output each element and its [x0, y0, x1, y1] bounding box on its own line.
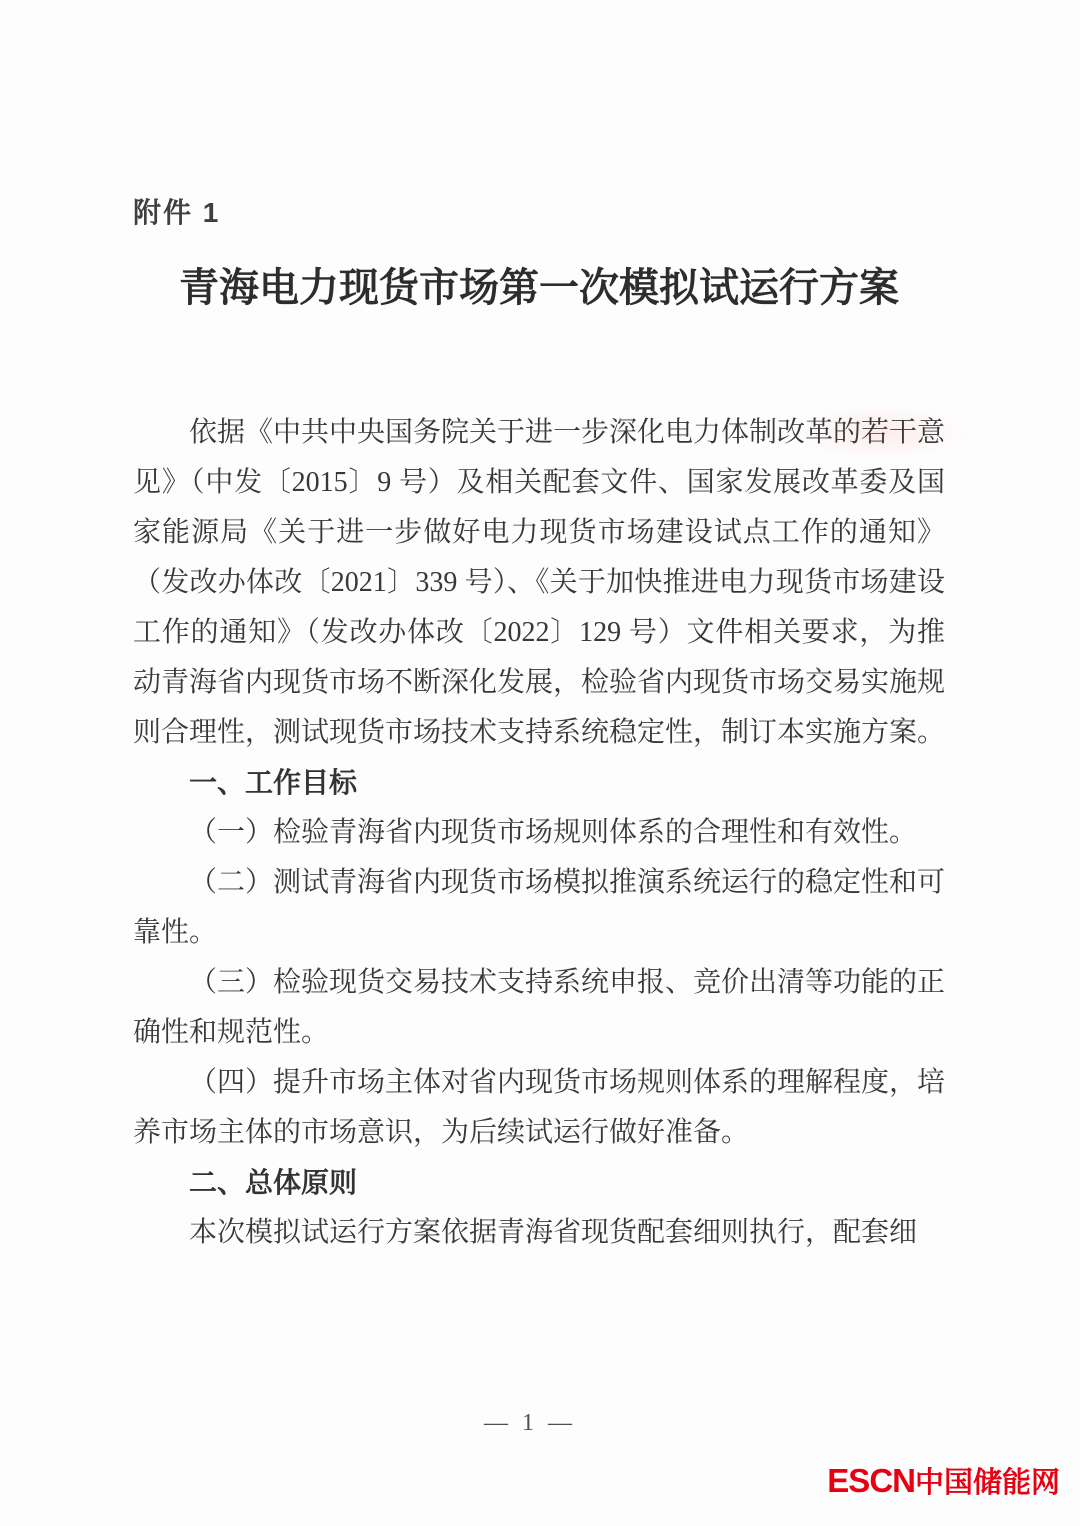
paragraph-principles: 本次模拟试运行方案依据青海省现货配套细则执行，配套细 [133, 1208, 945, 1258]
paragraph-goal-3: （三）检验现货交易技术支持系统申报、竞价出清等功能的正确性和规范性。 [133, 958, 945, 1058]
document-content: 附件 1 青海电力现货市场第一次模拟试运行方案 依据《中共中央国务院关于进一步深… [133, 196, 945, 1258]
attachment-label: 附件 1 [133, 196, 945, 230]
page-number: — 1 — [0, 1408, 1060, 1438]
paragraph-goal-2: （二）测试青海省内现货市场模拟推演系统运行的稳定性和可靠性。 [133, 858, 945, 958]
escn-logo-text-zh: 中国储能网 [915, 1467, 1060, 1499]
document-body: 依据《中共中央国务院关于进一步深化电力体制改革的若干意见》（中发〔2015〕9 … [133, 408, 945, 1258]
section-heading-1: 一、工作目标 [133, 758, 945, 808]
paragraph-intro: 依据《中共中央国务院关于进一步深化电力体制改革的若干意见》（中发〔2015〕9 … [133, 408, 945, 758]
escn-logo: ESCN中国储能网 [827, 1465, 1060, 1504]
page-title: 青海电力现货市场第一次模拟试运行方案 [133, 264, 945, 312]
document-page: 附件 1 青海电力现货市场第一次模拟试运行方案 依据《中共中央国务院关于进一步深… [0, 0, 1080, 1526]
paragraph-goal-1: （一）检验青海省内现货市场规则体系的合理性和有效性。 [133, 808, 945, 858]
paragraph-goal-4: （四）提升市场主体对省内现货市场规则体系的理解程度，培养市场主体的市场意识，为后… [133, 1058, 945, 1158]
section-heading-2: 二、总体原则 [133, 1158, 945, 1208]
escn-logo-text-en: ESCN [827, 1462, 915, 1499]
